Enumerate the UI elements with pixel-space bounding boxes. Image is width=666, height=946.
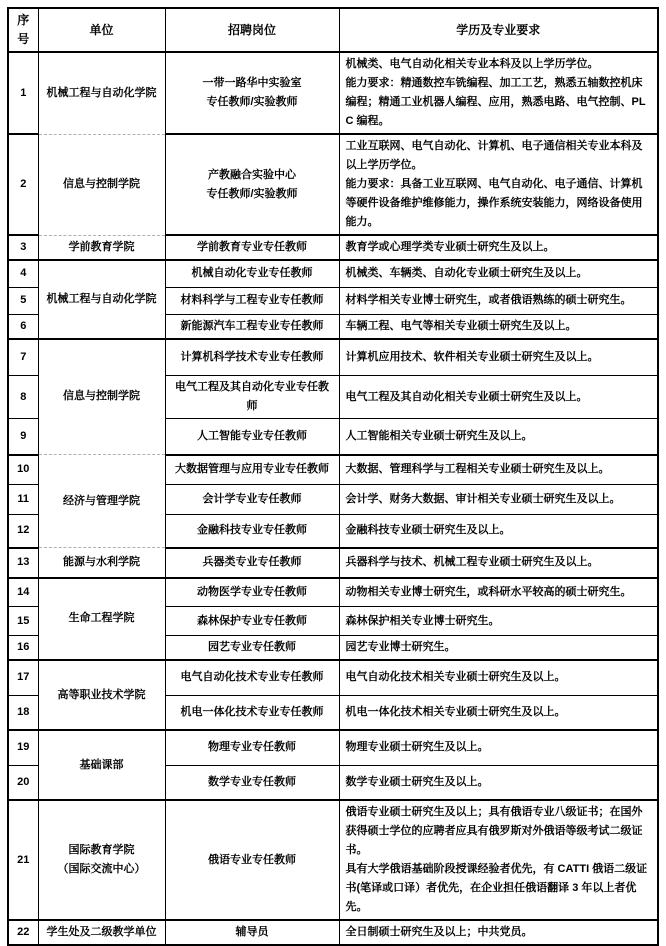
row-number-cell: 2 xyxy=(8,134,38,235)
position-cell: 会计学专业专任教师 xyxy=(165,485,339,515)
table-row: 3 学前教育学院 学前教育专业专任教师 教育学或心理学类专业硕士研究生及以上。 xyxy=(8,235,658,260)
requirements-cell: 机械类、电气自动化相关专业本科及以上学历学位。 能力要求：精通数控车铣编程、加工… xyxy=(339,52,658,134)
row-number-cell: 16 xyxy=(8,636,38,661)
position-cell: 物理专业专任教师 xyxy=(165,730,339,765)
table-row: 7 信息与控制学院 计算机科学技术专业专任教师 计算机应用技术、软件相关专业硕士… xyxy=(8,339,658,376)
requirements-cell: 材料学相关专业博士研究生，或者俄语熟练的硕士研究生。 xyxy=(339,287,658,314)
unit-cell: 学前教育学院 xyxy=(38,235,165,260)
table-row: 2 信息与控制学院 产教融合实验中心 专任教师/实验教师 工业互联网、电气自动化… xyxy=(8,134,658,235)
row-number-cell: 13 xyxy=(8,548,38,578)
requirements-cell: 俄语专业硕士研究生及以上；具有俄语专业八级证书；在国外获得硕士学位的应聘者应具有… xyxy=(339,800,658,920)
recruitment-table: 序号 单位 招聘岗位 学历及专业要求 1 机械工程与自动化学院 一带一路华中实验… xyxy=(7,7,659,946)
unit-cell: 生命工程学院 xyxy=(38,578,165,661)
col-header-unit: 单位 xyxy=(38,8,165,52)
position-cell: 辅导员 xyxy=(165,920,339,945)
row-number-cell: 17 xyxy=(8,660,38,695)
col-header-position: 招聘岗位 xyxy=(165,8,339,52)
table-row: 14 生命工程学院 动物医学专业专任教师 动物相关专业博士研究生，或科研水平较高… xyxy=(8,578,658,607)
row-number-cell: 7 xyxy=(8,339,38,376)
row-number-cell: 11 xyxy=(8,485,38,515)
position-cell: 园艺专业专任教师 xyxy=(165,636,339,661)
requirements-cell: 机械类、车辆类、自动化专业硕士研究生及以上。 xyxy=(339,260,658,287)
table-row: 1 机械工程与自动化学院 一带一路华中实验室 专任教师/实验教师 机械类、电气自… xyxy=(8,52,658,134)
requirements-cell: 森林保护相关专业博士研究生。 xyxy=(339,607,658,636)
position-cell: 森林保护专业专任教师 xyxy=(165,607,339,636)
row-number-cell: 5 xyxy=(8,287,38,314)
row-number-cell: 22 xyxy=(8,920,38,945)
table-row: 13 能源与水利学院 兵器类专业专任教师 兵器科学与技术、机械工程专业硕士研究生… xyxy=(8,548,658,578)
requirements-cell: 工业互联网、电气自动化、计算机、电子通信相关专业本科及以上学历学位。 能力要求：… xyxy=(339,134,658,235)
document-page: 序号 单位 招聘岗位 学历及专业要求 1 机械工程与自动化学院 一带一路华中实验… xyxy=(0,0,666,830)
requirements-cell: 物理专业硕士研究生及以上。 xyxy=(339,730,658,765)
row-number-cell: 4 xyxy=(8,260,38,287)
table-header-row: 序号 单位 招聘岗位 学历及专业要求 xyxy=(8,8,658,52)
position-cell: 计算机科学技术专业专任教师 xyxy=(165,339,339,376)
position-cell: 电气自动化技术专业专任教师 xyxy=(165,660,339,695)
position-cell: 金融科技专业专任教师 xyxy=(165,515,339,548)
table-row: 19 基础课部 物理专业专任教师 物理专业硕士研究生及以上。 xyxy=(8,730,658,765)
table-row: 22 学生处及二级教学单位 辅导员 全日制硕士研究生及以上；中共党员。 xyxy=(8,920,658,945)
row-number-cell: 18 xyxy=(8,695,38,730)
position-cell: 产教融合实验中心 专任教师/实验教师 xyxy=(165,134,339,235)
unit-cell: 信息与控制学院 xyxy=(38,134,165,235)
position-cell: 大数据管理与应用专业专任教师 xyxy=(165,455,339,485)
requirements-cell: 电气工程及其自动化相关专业硕士研究生及以上。 xyxy=(339,376,658,419)
row-number-cell: 15 xyxy=(8,607,38,636)
row-number-cell: 3 xyxy=(8,235,38,260)
requirements-cell: 大数据、管理科学与工程相关专业硕士研究生及以上。 xyxy=(339,455,658,485)
unit-cell: 机械工程与自动化学院 xyxy=(38,260,165,339)
unit-cell: 学生处及二级教学单位 xyxy=(38,920,165,945)
position-cell: 机电一体化技术专业专任教师 xyxy=(165,695,339,730)
position-cell: 人工智能专业专任教师 xyxy=(165,419,339,455)
requirements-cell: 会计学、财务大数据、审计相关专业硕士研究生及以上。 xyxy=(339,485,658,515)
requirements-cell: 计算机应用技术、软件相关专业硕士研究生及以上。 xyxy=(339,339,658,376)
requirements-cell: 园艺专业博士研究生。 xyxy=(339,636,658,661)
unit-cell: 经济与管理学院 xyxy=(38,455,165,548)
col-header-no: 序号 xyxy=(8,8,38,52)
position-cell: 一带一路华中实验室 专任教师/实验教师 xyxy=(165,52,339,134)
requirements-cell: 机电一体化技术相关专业硕士研究生及以上。 xyxy=(339,695,658,730)
unit-cell: 机械工程与自动化学院 xyxy=(38,52,165,134)
position-cell: 机械自动化专业专任教师 xyxy=(165,260,339,287)
requirements-cell: 数学专业硕士研究生及以上。 xyxy=(339,765,658,800)
unit-cell: 国际教育学院 （国际交流中心） xyxy=(38,800,165,920)
table-row: 4 机械工程与自动化学院 机械自动化专业专任教师 机械类、车辆类、自动化专业硕士… xyxy=(8,260,658,287)
unit-cell: 能源与水利学院 xyxy=(38,548,165,578)
col-header-requirements: 学历及专业要求 xyxy=(339,8,658,52)
position-cell: 电气工程及其自动化专业专任教师 xyxy=(165,376,339,419)
position-cell: 材料科学与工程专业专任教师 xyxy=(165,287,339,314)
position-cell: 数学专业专任教师 xyxy=(165,765,339,800)
requirements-cell: 电气自动化技术相关专业硕士研究生及以上。 xyxy=(339,660,658,695)
table-row: 17 高等职业技术学院 电气自动化技术专业专任教师 电气自动化技术相关专业硕士研… xyxy=(8,660,658,695)
position-cell: 动物医学专业专任教师 xyxy=(165,578,339,607)
row-number-cell: 8 xyxy=(8,376,38,419)
row-number-cell: 14 xyxy=(8,578,38,607)
position-cell: 兵器类专业专任教师 xyxy=(165,548,339,578)
row-number-cell: 12 xyxy=(8,515,38,548)
requirements-cell: 全日制硕士研究生及以上；中共党员。 xyxy=(339,920,658,945)
requirements-cell: 车辆工程、电气等相关专业硕士研究生及以上。 xyxy=(339,314,658,339)
position-cell: 学前教育专业专任教师 xyxy=(165,235,339,260)
requirements-cell: 教育学或心理学类专业硕士研究生及以上。 xyxy=(339,235,658,260)
table-row: 10 经济与管理学院 大数据管理与应用专业专任教师 大数据、管理科学与工程相关专… xyxy=(8,455,658,485)
row-number-cell: 21 xyxy=(8,800,38,920)
requirements-cell: 兵器科学与技术、机械工程专业硕士研究生及以上。 xyxy=(339,548,658,578)
row-number-cell: 6 xyxy=(8,314,38,339)
row-number-cell: 20 xyxy=(8,765,38,800)
unit-cell: 基础课部 xyxy=(38,730,165,800)
unit-cell: 高等职业技术学院 xyxy=(38,660,165,730)
row-number-cell: 10 xyxy=(8,455,38,485)
unit-cell: 信息与控制学院 xyxy=(38,339,165,455)
requirements-cell: 人工智能相关专业硕士研究生及以上。 xyxy=(339,419,658,455)
row-number-cell: 1 xyxy=(8,52,38,134)
position-cell: 新能源汽车工程专业专任教师 xyxy=(165,314,339,339)
row-number-cell: 9 xyxy=(8,419,38,455)
requirements-cell: 动物相关专业博士研究生，或科研水平较高的硕士研究生。 xyxy=(339,578,658,607)
row-number-cell: 19 xyxy=(8,730,38,765)
position-cell: 俄语专业专任教师 xyxy=(165,800,339,920)
requirements-cell: 金融科技专业硕士研究生及以上。 xyxy=(339,515,658,548)
table-row: 21 国际教育学院 （国际交流中心） 俄语专业专任教师 俄语专业硕士研究生及以上… xyxy=(8,800,658,920)
